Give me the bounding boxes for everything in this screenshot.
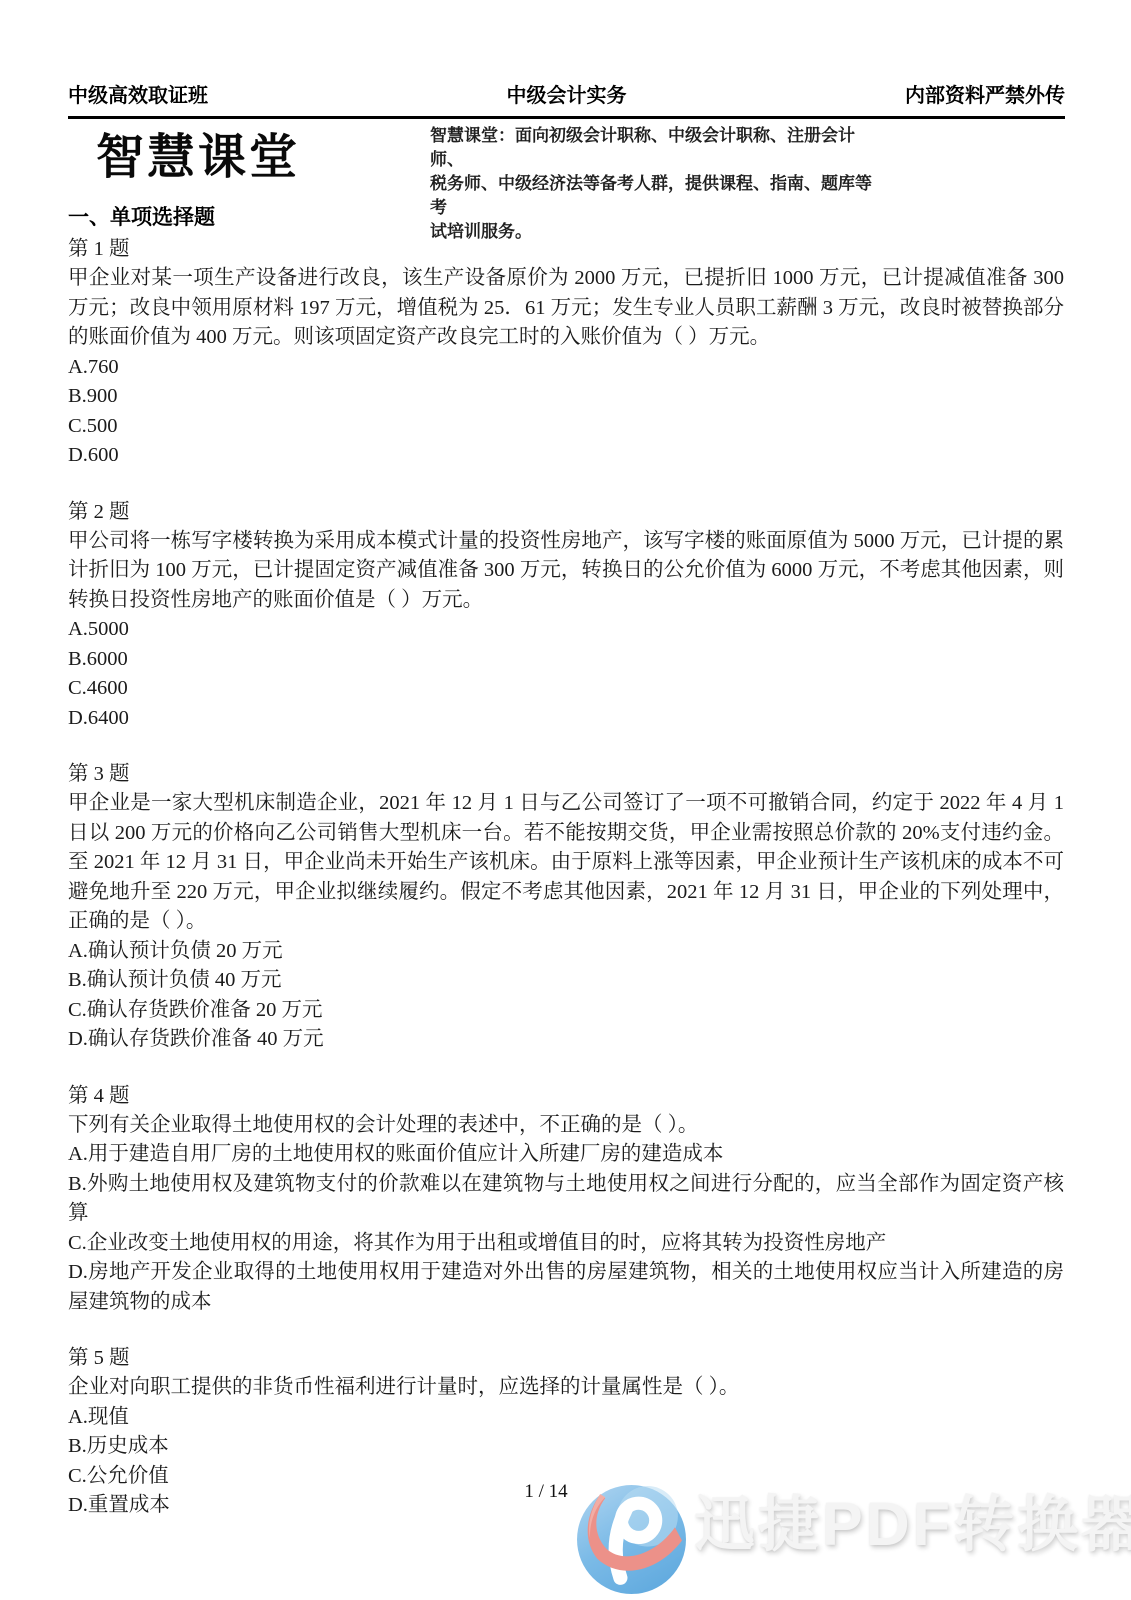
option-c: C.企业改变土地使用权的用途，将其作为用于出租或增值目的时，应将其转为投资性房地… [68, 1229, 1064, 1259]
header-course-name: 中级高效取证班 [68, 84, 400, 108]
question-2: 第 2 题 甲公司将一栋写字楼转换为采用成本模式计量的投资性房地产，该写字楼的账… [68, 497, 1064, 734]
header-confidential-notice: 内部资料严禁外传 [733, 84, 1065, 108]
option-a: A.确认预计负债 20 万元 [68, 937, 1064, 967]
option-d: D.确认存货跌价准备 40 万元 [68, 1025, 1064, 1055]
pdf-converter-logo-icon [575, 1482, 688, 1595]
option-b: B.历史成本 [68, 1432, 1064, 1462]
question-number: 第 2 题 [68, 497, 1064, 527]
header-subject-title: 中级会计实务 [400, 84, 732, 108]
question-number: 第 1 题 [68, 234, 1064, 264]
question-4: 第 4 题 下列有关企业取得土地使用权的会计处理的表述中，不正确的是（ ）。 A… [68, 1081, 1064, 1318]
question-number: 第 5 题 [68, 1343, 1064, 1373]
page-header: 中级高效取证班 中级会计实务 内部资料严禁外传 [68, 84, 1065, 119]
option-b: B.外购土地使用权及建筑物支付的价款难以在建筑物与土地使用权之间进行分配的，应当… [68, 1170, 1064, 1229]
pdf-converter-watermark: 迅捷PDF转换器 [694, 1489, 1131, 1559]
question-3: 第 3 题 甲企业是一家大型机床制造企业，2021 年 12 月 1 日与乙公司… [68, 759, 1064, 1055]
option-a: A.760 [68, 353, 1064, 383]
option-b: B.900 [68, 382, 1064, 412]
question-1: 第 1 题 甲企业对某一项生产设备进行改良，该生产设备原价为 2000 万元，已… [68, 234, 1064, 471]
question-stem: 甲企业对某一项生产设备进行改良，该生产设备原价为 2000 万元，已提折旧 10… [68, 264, 1064, 353]
brand-logo-wordmark: 智慧课堂 [96, 130, 300, 186]
option-a: A.用于建造自用厂房的土地使用权的账面价值应计入所建厂房的建造成本 [68, 1140, 1064, 1170]
option-d: D.房地产开发企业取得的土地使用权用于建造对外出售的房屋建筑物，相关的土地使用权… [68, 1258, 1064, 1317]
option-c: C.4600 [68, 674, 1064, 704]
document-page: 中级高效取证班 中级会计实务 内部资料严禁外传 智慧课堂 智慧课堂：面向初级会计… [0, 0, 1131, 1600]
brand-row: 智慧课堂 智慧课堂：面向初级会计职称、中级会计职称、注册会计师、 税务师、中级经… [68, 122, 1063, 208]
option-d: D.6400 [68, 704, 1064, 734]
question-stem: 甲公司将一栋写字楼转换为采用成本模式计量的投资性房地产，该写字楼的账面原值为 5… [68, 527, 1064, 616]
question-stem: 企业对向职工提供的非货币性福利进行计量时，应选择的计量属性是（ ）。 [68, 1373, 1064, 1403]
question-number: 第 4 题 [68, 1081, 1064, 1111]
question-number: 第 3 题 [68, 759, 1064, 789]
option-d: D.600 [68, 441, 1064, 471]
option-c: C.500 [68, 412, 1064, 442]
option-a: A.5000 [68, 615, 1064, 645]
option-b: B.6000 [68, 645, 1064, 675]
option-b: B.确认预计负债 40 万元 [68, 966, 1064, 996]
exam-content: 一、单项选择题 第 1 题 甲企业对某一项生产设备进行改良，该生产设备原价为 2… [68, 204, 1064, 1547]
brand-description-line: 智慧课堂：面向初级会计职称、中级会计职称、注册会计师、 [430, 124, 882, 172]
question-stem: 下列有关企业取得土地使用权的会计处理的表述中，不正确的是（ ）。 [68, 1111, 1064, 1141]
section-title: 一、单项选择题 [68, 204, 1064, 232]
question-stem: 甲企业是一家大型机床制造企业，2021 年 12 月 1 日与乙公司签订了一项不… [68, 789, 1064, 937]
option-c: C.确认存货跌价准备 20 万元 [68, 996, 1064, 1026]
option-a: A.现值 [68, 1403, 1064, 1433]
